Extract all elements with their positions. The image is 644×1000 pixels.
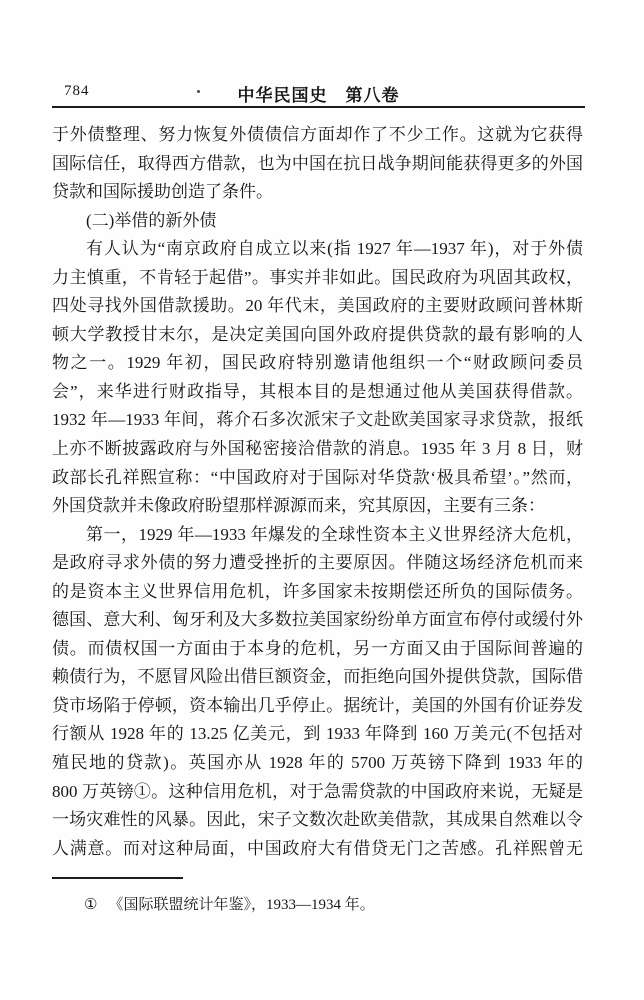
header-rule (52, 106, 585, 108)
text-line: 的是资本主义世界信用危机，许多国家未按期偿还所负的国际债务。 (52, 578, 583, 607)
text-line: 债。而债权国一方面由于本身的危机，另一方面又由于国际间普遍的 (52, 635, 583, 664)
text-line: 赖债行为，不愿冒风险出借巨额资金，而拒绝向国外提供贷款，国际借 (52, 663, 583, 692)
text-line: 有人认为“南京政府自成立以来(指 1927 年—1937 年)，对于外债 (52, 235, 583, 264)
book-page: 784 中华民国史 第八卷 于外债整理、努力恢复外债债信方面却作了不少工作。这就… (0, 0, 644, 1000)
text-line: 于外债整理、努力恢复外债债信方面却作了不少工作。这就为它获得 (52, 121, 583, 150)
text-line: 上亦不断披露政府与外国秘密接洽借款的消息。1935 年 3 月 8 日，财 (52, 435, 583, 464)
text-line: 政部长孔祥熙宣称：“中国政府对于国际对华贷款‘极具希望’。”然而， (52, 464, 583, 493)
text-line: 力主慎重，不肯轻于起借”。事实并非如此。国民政府为巩固其政权， (52, 264, 583, 293)
text-line: 是政府寻求外债的努力遭受挫折的主要原因。伴随这场经济危机而来 (52, 549, 583, 578)
text-line: 国际信任，取得西方借款，也为中国在抗日战争期间能获得更多的外国 (52, 150, 583, 179)
text-line: 贷款和国际援助创造了条件。 (52, 178, 583, 207)
footnote: ①《国际联盟统计年鉴》，1933—1934 年。 (84, 895, 584, 916)
text-line: 顿大学教授甘末尔，是决定美国向国外政府提供贷款的最有影响的人 (52, 321, 583, 350)
text-line: 人满意。而对这种局面，中国政府大有借贷无门之苦感。孔祥熙曾无 (52, 835, 583, 864)
text-line: 一场灾难性的风暴。因此，宋子文数次赴欧美借款，其成果自然难以令 (52, 806, 583, 835)
text-line: 殖民地的贷款)。英国亦从 1928 年的 5700 万英镑下降到 1933 年的 (52, 749, 583, 778)
text-line: 800 万英镑①。这种信用危机，对于急需贷款的中国政府来说，无疑是 (52, 778, 583, 807)
footnote-text: 《国际联盟统计年鉴》，1933—1934 年。 (108, 897, 374, 913)
text-line: 德国、意大利、匈牙利及大多数拉美国家纷纷单方面宣布停付或缓付外 (52, 606, 583, 635)
text-line: 四处寻找外国借款援助。20 年代末，美国政府的主要财政顾问普林斯 (52, 292, 583, 321)
scan-speck-artifact (197, 90, 200, 93)
section-heading: (二)举借的新外债 (52, 207, 583, 236)
text-line: 物之一。1929 年初，国民政府特别邀请他组织一个“财政顾问委员 (52, 349, 583, 378)
footnote-marker: ① (84, 897, 97, 913)
text-line: 行额从 1928 年的 13.25 亿美元，到 1933 年降到 160 万美元… (52, 720, 583, 749)
text-line: 外国贷款并未像政府盼望那样源源而来，究其原因，主要有三条： (52, 492, 583, 521)
footnote-divider (52, 877, 183, 879)
page-body: 于外债整理、努力恢复外债债信方面却作了不少工作。这就为它获得国际信任，取得西方借… (52, 121, 583, 863)
text-line: 1932 年—1933 年间，蒋介石多次派宋子文赴欧美国家寻求贷款，报纸 (52, 406, 583, 435)
text-line: 第一，1929 年—1933 年爆发的全球性资本主义世界经济大危机， (52, 521, 583, 550)
text-line: 会”，来华进行财政指导，其根本目的是想通过他从美国获得借款。 (52, 378, 583, 407)
running-title: 中华民国史 第八卷 (52, 81, 585, 106)
text-line: 贷市场陷于停顿，资本输出几乎停止。据统计，美国的外国有价证券发 (52, 692, 583, 721)
